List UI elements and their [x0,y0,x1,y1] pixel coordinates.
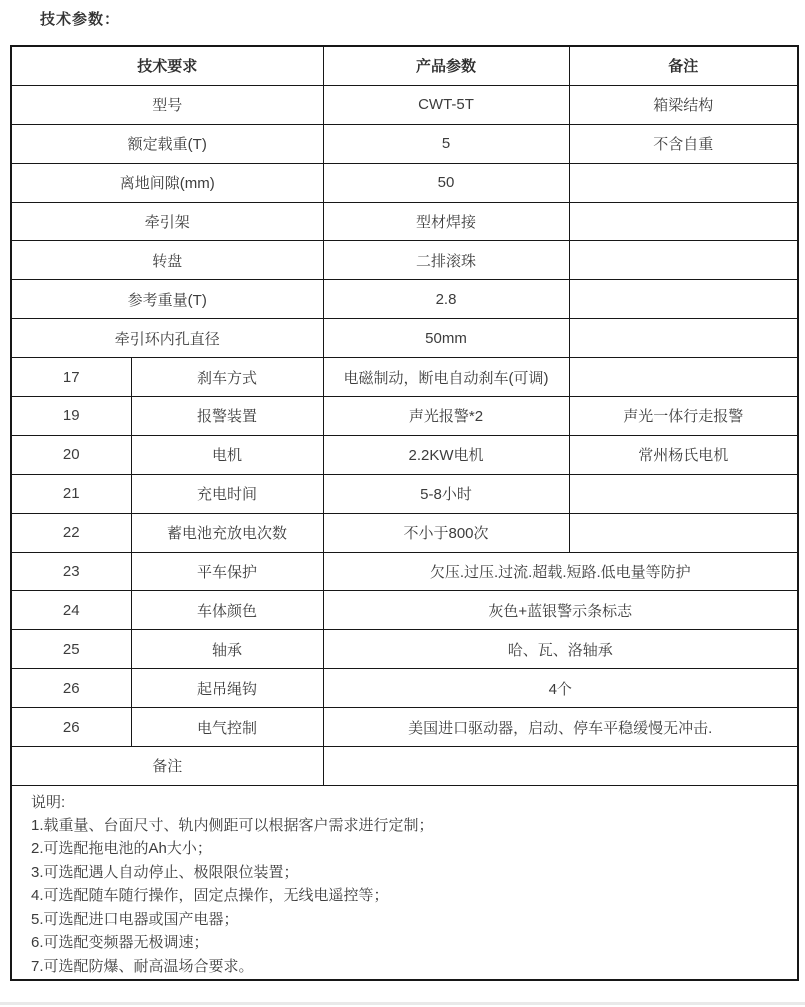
table-cell: 型材焊接 [323,202,569,241]
table-cell: 不含自重 [569,124,798,163]
table-cell: 21 [11,474,131,513]
table-cell: 电磁制动，断电自动刹车(可调) [323,358,569,397]
table-row: 26电气控制美国进口驱动器，启动、停车平稳缓慢无冲击. [11,708,798,747]
header-cell: 产品参数 [323,46,569,85]
table-cell: 离地间隙(mm) [11,163,323,202]
table-cell [569,280,798,319]
table-cell: 5-8小时 [323,474,569,513]
table-cell: 备注 [11,747,323,786]
table-cell: CWT-5T [323,85,569,124]
table-row: 26起吊绳钩4个 [11,669,798,708]
notes-label: 说明: [31,791,787,814]
note-line: 1.载重量、台面尺寸、轨内侧距可以根据客户需求进行定制； [31,814,787,838]
table-cell: 车体颜色 [131,591,323,630]
table-cell: 欠压.过压.过流.超载.短路.低电量等防护 [323,552,798,591]
table-cell: 型号 [11,85,323,124]
table-row: 离地间隙(mm)50 [11,163,798,202]
table-cell: 常州杨氏电机 [569,435,798,474]
table-cell: 23 [11,552,131,591]
table-cell: 19 [11,397,131,436]
table-cell: 轴承 [131,630,323,669]
table-cell: 50 [323,163,569,202]
notes-cell: 说明: 1.载重量、台面尺寸、轨内侧距可以根据客户需求进行定制；2.可选配拖电池… [11,785,798,980]
table-cell: 平车保护 [131,552,323,591]
table-cell: 参考重量(T) [11,280,323,319]
bottom-edge-divider [0,1002,805,1005]
header-cell: 技术要求 [11,46,323,85]
table-row: 22蓄电池充放电次数不小于800次 [11,513,798,552]
table-cell: 不小于800次 [323,513,569,552]
table-cell: 26 [11,708,131,747]
table-cell: 充电时间 [131,474,323,513]
table-row: 20电机2.2KW电机常州杨氏电机 [11,435,798,474]
table-cell: 灰色+蓝银警示条标志 [323,591,798,630]
table-cell: 哈、瓦、洛轴承 [323,630,798,669]
table-cell: 电气控制 [131,708,323,747]
table-row: 牵引架型材焊接 [11,202,798,241]
table-cell: 2.2KW电机 [323,435,569,474]
table-cell: 牵引架 [11,202,323,241]
table-row: 技术要求产品参数备注 [11,46,798,85]
table-cell: 电机 [131,435,323,474]
table-row: 参考重量(T)2.8 [11,280,798,319]
table-cell: 蓄电池充放电次数 [131,513,323,552]
note-line: 3.可选配遇人自动停止、极限限位装置； [31,861,787,885]
table-cell: 额定载重(T) [11,124,323,163]
table-cell: 转盘 [11,241,323,280]
table-cell: 报警装置 [131,397,323,436]
table-cell: 起吊绳钩 [131,669,323,708]
table-cell: 20 [11,435,131,474]
table-row: 24车体颜色灰色+蓝银警示条标志 [11,591,798,630]
table-cell [569,163,798,202]
table-row: 额定载重(T)5不含自重 [11,124,798,163]
page-title: 技术参数： [40,8,120,29]
table-cell: 牵引环内孔直径 [11,319,323,358]
table-row: 转盘二排滚珠 [11,241,798,280]
table-cell [569,202,798,241]
note-line: 2.可选配拖电池的Ah大小； [31,837,787,861]
table-cell [569,513,798,552]
spec-table-body: 技术要求产品参数备注型号CWT-5T箱梁结构额定载重(T)5不含自重离地间隙(m… [11,46,798,785]
table-cell: 箱梁结构 [569,85,798,124]
table-row: 备注 [11,747,798,786]
table-cell: 声光一体行走报警 [569,397,798,436]
notes-row: 说明: 1.载重量、台面尺寸、轨内侧距可以根据客户需求进行定制；2.可选配拖电池… [11,785,798,980]
table-cell: 26 [11,669,131,708]
table-cell: 二排滚珠 [323,241,569,280]
table-cell: 2.8 [323,280,569,319]
note-line: 4.可选配随车随行操作，固定点操作，无线电遥控等； [31,884,787,908]
notes-lines: 1.载重量、台面尺寸、轨内侧距可以根据客户需求进行定制；2.可选配拖电池的Ah大… [31,814,787,979]
table-row: 23平车保护欠压.过压.过流.超载.短路.低电量等防护 [11,552,798,591]
table-row: 21充电时间5-8小时 [11,474,798,513]
table-row: 25轴承哈、瓦、洛轴承 [11,630,798,669]
header-cell: 备注 [569,46,798,85]
table-cell [323,747,798,786]
table-cell [569,474,798,513]
table-row: 型号CWT-5T箱梁结构 [11,85,798,124]
table-cell: 声光报警*2 [323,397,569,436]
table-cell [569,319,798,358]
page: 技术参数： 技术要求产品参数备注型号CWT-5T箱梁结构额定载重(T)5不含自重… [0,0,805,1007]
table-cell: 5 [323,124,569,163]
table-row: 17刹车方式电磁制动，断电自动刹车(可调) [11,358,798,397]
note-line: 6.可选配变频器无极调速； [31,931,787,955]
table-cell [569,358,798,397]
table-cell: 25 [11,630,131,669]
table-cell [569,241,798,280]
table-cell: 24 [11,591,131,630]
table-cell: 17 [11,358,131,397]
note-line: 7.可选配防爆、耐高温场合要求。 [31,955,787,979]
table-cell: 50mm [323,319,569,358]
table-cell: 4个 [323,669,798,708]
table-cell: 美国进口驱动器，启动、停车平稳缓慢无冲击. [323,708,798,747]
spec-table: 技术要求产品参数备注型号CWT-5T箱梁结构额定载重(T)5不含自重离地间隙(m… [10,45,799,981]
table-cell: 22 [11,513,131,552]
table-row: 牵引环内孔直径50mm [11,319,798,358]
note-line: 5.可选配进口电器或国产电器； [31,908,787,932]
table-row: 19报警装置声光报警*2声光一体行走报警 [11,397,798,436]
table-cell: 刹车方式 [131,358,323,397]
